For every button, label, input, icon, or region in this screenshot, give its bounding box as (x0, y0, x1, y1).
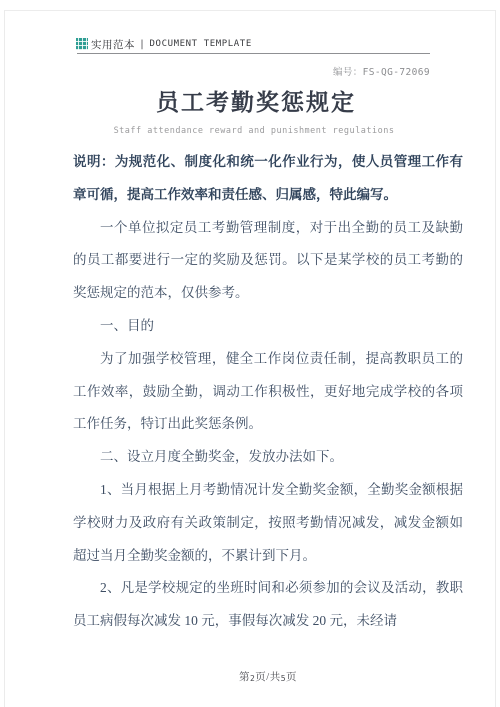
document-body: 说明：为规范化、制度化和统一化作业行为，使人员管理工作有章可循，提高工作效率和责… (73, 146, 463, 638)
doc-number-value: FS-QG-72069 (363, 67, 430, 78)
document-page: 实用范本 | DOCUMENT TEMPLATE 编号：FS-QG-72069 … (0, 0, 500, 707)
brand: 实用范本 | DOCUMENT TEMPLATE (76, 37, 252, 51)
section-2-item-2: 2、凡是学校规定的坐班时间和必须参加的会议及活动，教职员工病假每次减发 10 元… (73, 572, 463, 638)
doc-number: 编号：FS-QG-72069 (0, 64, 430, 78)
intro-paragraph: 一个单位拟定员工考勤管理制度，对于出全勤的员工及缺勤的员工都要进行一定的奖励及惩… (73, 212, 463, 310)
page-edge-left (4, 10, 5, 707)
page-footer: 第2页/共5页 (73, 669, 463, 684)
footer-suffix: 页 (286, 672, 297, 683)
page-subtitle: Staff attendance reward and punishment r… (4, 126, 500, 136)
doc-number-label: 编号： (333, 68, 363, 78)
note-paragraph: 说明：为规范化、制度化和统一化作业行为，使人员管理工作有章可循，提高工作效率和责… (73, 146, 463, 212)
section-heading-1: 一、目的 (73, 310, 463, 343)
section-heading-2: 二、设立月度全勤奖金，发放办法如下。 (73, 441, 463, 474)
header-rule (77, 53, 430, 54)
footer-page-number: 2 (250, 674, 255, 683)
brand-badge-icon (76, 38, 88, 50)
footer-prefix: 第 (239, 672, 250, 683)
page-title: 员工考勤奖惩规定 (6, 84, 500, 117)
footer-middle: 页/共 (255, 672, 280, 683)
brand-text-cn: 实用范本 (91, 37, 135, 52)
page-edge-top (4, 10, 496, 11)
footer-total-pages: 5 (281, 674, 286, 683)
brand-divider: | (139, 39, 146, 50)
brand-text-en: DOCUMENT TEMPLATE (150, 39, 252, 49)
section-1-paragraph: 为了加强学校管理，健全工作岗位责任制，提高教职员工的工作效率，鼓励全勤，调动工作… (73, 343, 463, 441)
section-2-item-1: 1、当月根据上月考勤情况计发全勤奖金额，全勤奖金额根据学校财力及政府有关政策制定… (73, 474, 463, 572)
